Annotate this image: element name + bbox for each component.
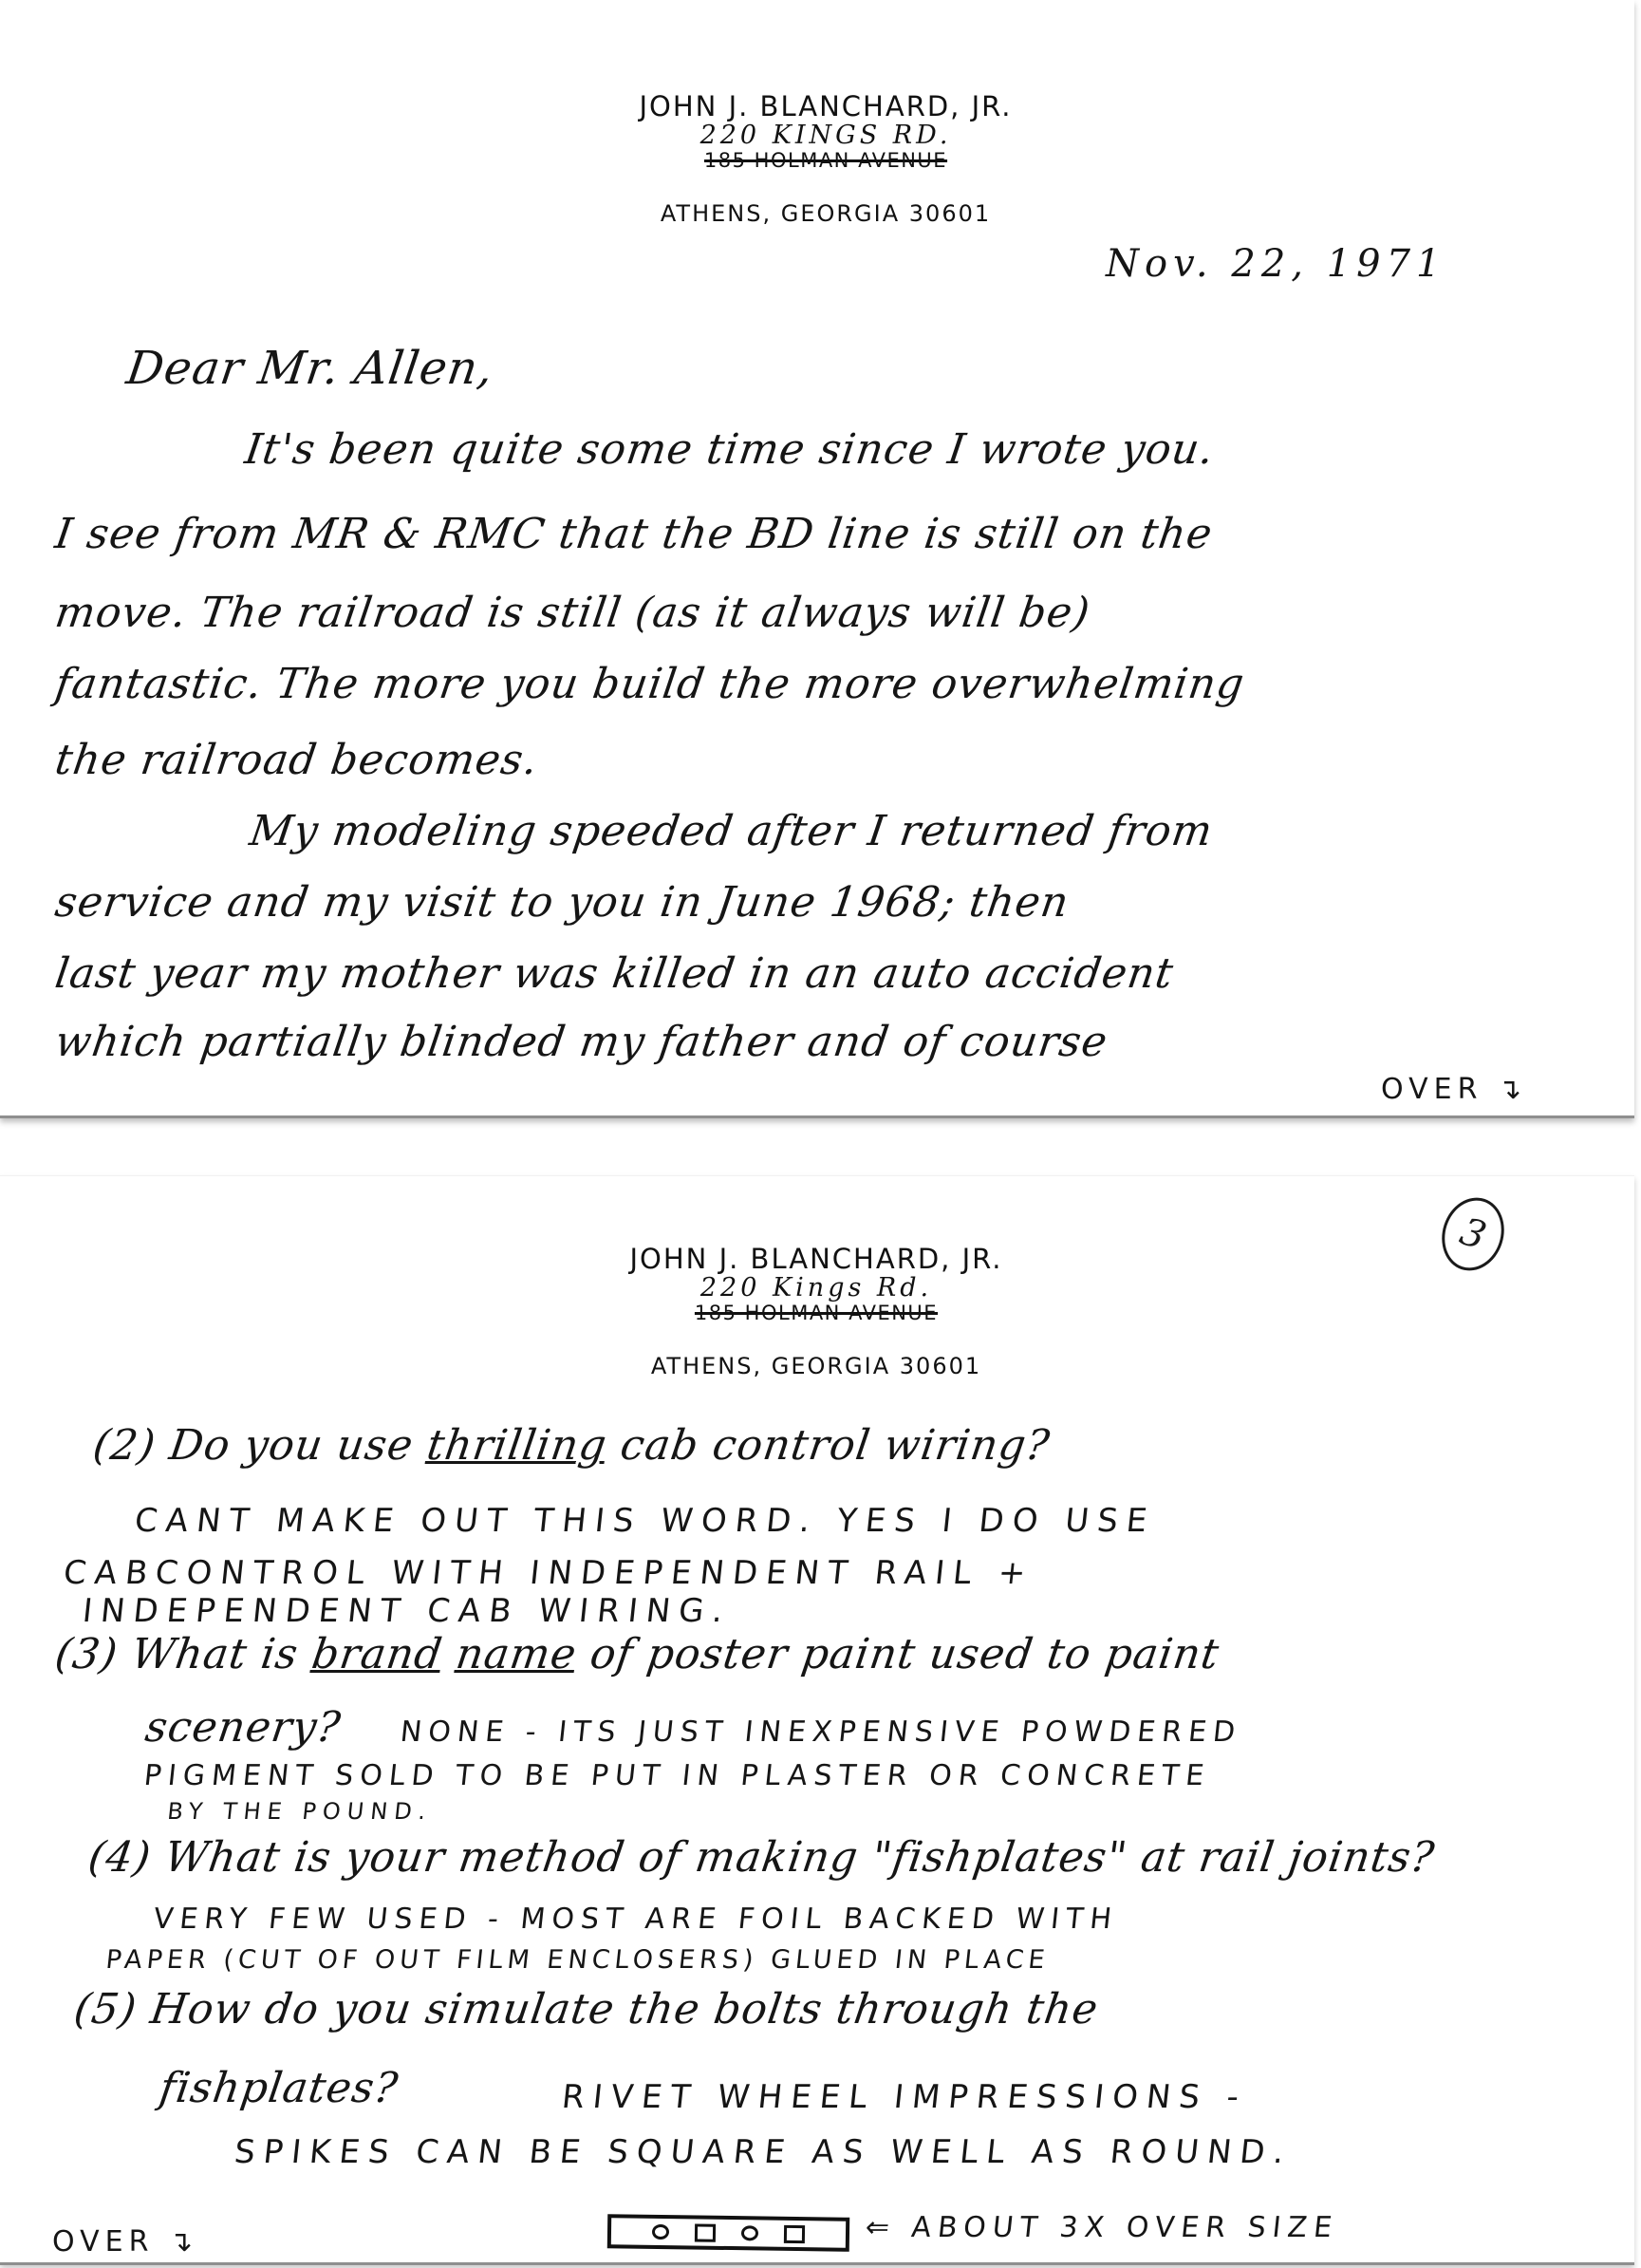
- question-number: (4): [85, 1833, 154, 1882]
- body-line: It's been quite some time since I wrote …: [242, 425, 1218, 474]
- body-line: move. The railroad is still (as it alway…: [52, 589, 1093, 637]
- page-number-circle: 3: [1433, 1190, 1514, 1279]
- question-3: (3) What is brand name of poster paint u…: [52, 1630, 1222, 1678]
- answer-line: BY THE POUND.: [166, 1798, 434, 1825]
- letterhead: JOHN J. BLANCHARD, JR. 220 Kings Rd. 185…: [550, 1243, 1082, 1379]
- answer-line: NONE - ITS JUST INEXPENSIVE POWDERED: [399, 1715, 1243, 1749]
- body-line: service and my visit to you in June 1968…: [52, 878, 1072, 927]
- letterhead-name: JOHN J. BLANCHARD, JR.: [560, 90, 1091, 122]
- answer-line: PIGMENT SOLD TO BE PUT IN PLASTER OR CON…: [142, 1759, 1212, 1792]
- struck-address: 185 HOLMAN AVENUE: [560, 149, 1091, 172]
- answer-line: INDEPENDENT CAB WIRING.: [81, 1592, 733, 1630]
- page-number: 3: [1455, 1209, 1491, 1259]
- underlined-word: brand: [308, 1630, 445, 1678]
- answer-line: CANT MAKE OUT THIS WORD. YES I DO USE: [133, 1502, 1157, 1540]
- fishplate-sketch: [607, 2214, 849, 2252]
- question-number: (5): [71, 1985, 140, 2034]
- body-line: My modeling speeded after I returned fro…: [247, 807, 1216, 855]
- underlined-word: thrilling: [424, 1421, 610, 1470]
- bolt-hole-square-icon: [695, 2223, 716, 2241]
- question-4: (4) What is your method of making "fishp…: [85, 1833, 1438, 1882]
- question-text: Do you use: [166, 1421, 417, 1470]
- sketch-caption: ⇐ ABOUT 3X OVER SIZE: [864, 2211, 1340, 2244]
- handwritten-address: 220 KINGS RD.: [560, 122, 1091, 149]
- letterhead-name: JOHN J. BLANCHARD, JR.: [550, 1243, 1082, 1275]
- answer-line: RIVET WHEEL IMPRESSIONS -: [560, 2078, 1249, 2116]
- answer-line: PAPER (CUT OF OUT FILM ENCLOSERS) GLUED …: [104, 1945, 1051, 1975]
- question-text: fishplates?: [157, 2064, 401, 2112]
- letter-date: Nov. 22, 1971: [1106, 242, 1446, 286]
- bolt-hole-square-icon: [783, 2224, 804, 2242]
- handwritten-address: 220 Kings Rd.: [550, 1275, 1082, 1302]
- body-line: which partially blinded my father and of…: [52, 1018, 1110, 1066]
- body-line: the railroad becomes.: [52, 736, 541, 784]
- question-5: (5) How do you simulate the bolts throug…: [71, 1985, 1101, 2034]
- question-text: How do you simulate the bolts through th…: [147, 1985, 1101, 2034]
- answer-line: VERY FEW USED - MOST ARE FOIL BACKED WIT…: [152, 1902, 1120, 1936]
- question-text: of poster paint used to paint: [587, 1630, 1222, 1678]
- question-text: What is your method of making "fishplate…: [161, 1833, 1438, 1882]
- salutation: Dear Mr. Allen,: [123, 342, 497, 395]
- over-label: OVER ↴: [1381, 1073, 1527, 1106]
- question-text: What is: [128, 1630, 301, 1678]
- body-line: I see from MR & RMC that the BD line is …: [52, 510, 1216, 558]
- letterhead-city: ATHENS, GEORGIA 30601: [560, 200, 1091, 227]
- question-number: (2): [90, 1421, 159, 1470]
- question-text: scenery?: [142, 1703, 344, 1752]
- letterhead: JOHN J. BLANCHARD, JR. 220 KINGS RD. 185…: [560, 90, 1091, 227]
- letter-page-2: 3 JOHN J. BLANCHARD, JR. 220 Kings Rd. 1…: [0, 1175, 1634, 2265]
- underlined-word: name: [453, 1630, 580, 1678]
- body-line: fantastic. The more you build the more o…: [52, 660, 1247, 708]
- question-text: cab control wiring?: [618, 1421, 1054, 1470]
- letter-page-1: JOHN J. BLANCHARD, JR. 220 KINGS RD. 185…: [0, 0, 1634, 1118]
- over-label: OVER ↴: [52, 2225, 198, 2259]
- letterhead-city: ATHENS, GEORGIA 30601: [550, 1353, 1082, 1379]
- struck-address: 185 HOLMAN AVENUE: [550, 1302, 1082, 1324]
- answer-line: CABCONTROL WITH INDEPENDENT RAIL +: [62, 1554, 1036, 1592]
- question-number: (3): [52, 1630, 121, 1678]
- question-2: (2) Do you use thrilling cab control wir…: [90, 1421, 1053, 1470]
- footer: ⇐ ABOUT 3X OVER SIZE OVER ↴: [0, 2154, 1634, 2259]
- bolt-hole-round-icon: [652, 2224, 669, 2240]
- body-line: last year my mother was killed in an aut…: [52, 949, 1177, 998]
- bolt-hole-round-icon: [741, 2225, 758, 2240]
